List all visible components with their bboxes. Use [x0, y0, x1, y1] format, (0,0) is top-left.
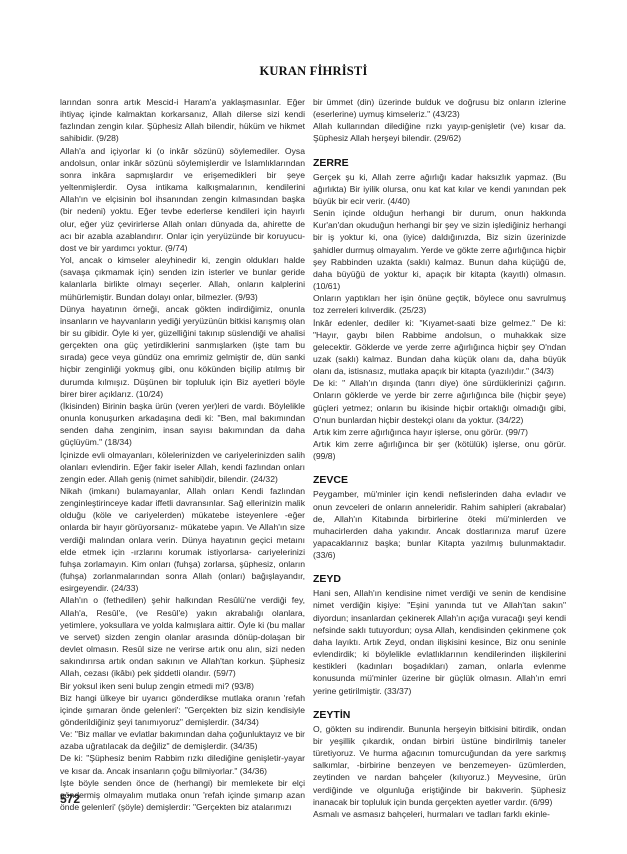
verse-paragraph: (İkisinden) Birinin başka ürün (veren ye…: [60, 400, 305, 449]
verse-paragraph: Dünya hayatının örneği, ancak gökten ind…: [60, 303, 305, 400]
index-section-zevce: ZEVCE Peygamber, mü'minler için kendi ne…: [313, 474, 566, 561]
right-column: bir ümmet (din) üzerinde bulduk ve doğru…: [313, 96, 566, 820]
section-heading: ZEVCE: [313, 474, 566, 487]
verse-paragraph: İnkâr edenler, dediler ki: "Kıyamet-saat…: [313, 317, 566, 378]
verse-paragraph: Biz hangi ülkeye bir uyarıcı gönderdikse…: [60, 692, 305, 728]
verse-paragraph: Artık kim zerre ağırlığınca bir şer (köt…: [313, 438, 566, 462]
index-section-zeytin: ZEYTİN O, gökten su indirendir. Bununla …: [313, 709, 566, 820]
verse-paragraph: larından sonra artık Mescid-i Haram'a ya…: [60, 96, 305, 145]
verse-paragraph: Allah'a and içiyorlar ki (o inkâr sözünü…: [60, 145, 305, 254]
left-column: larından sonra artık Mescid-i Haram'a ya…: [60, 96, 305, 813]
verse-paragraph: Allah'ın o (fethedilen) şehir halkından …: [60, 594, 305, 679]
index-section-zeyd: ZEYD Hani sen, Allah'ın kendisine nimet …: [313, 573, 566, 696]
verse-paragraph: De ki: " Allah'ın dışında (tanrı diye) ö…: [313, 377, 566, 426]
verse-paragraph: İşte böyle senden önce de (herhangi) bir…: [60, 777, 305, 813]
verse-paragraph: Bir yoksul iken seni bulup zengin etmedi…: [60, 680, 305, 692]
verse-paragraph: Artık kim zerre ağırlığınca hayır işlers…: [313, 426, 566, 438]
verse-paragraph: Hani sen, Allah'ın kendisine nimet verdi…: [313, 587, 566, 696]
verse-paragraph: İçinizde evli olmayanları, kölelerinizde…: [60, 449, 305, 485]
verse-paragraph: Asmalı ve asmasız bahçeleri, hurmaları v…: [313, 808, 566, 820]
section-heading: ZERRE: [313, 157, 566, 170]
page-title: KURAN FİHRİSTİ: [0, 64, 627, 79]
section-heading: ZEYTİN: [313, 709, 566, 722]
verse-paragraph: Onların yaptıkları her işin önüne geçtik…: [313, 292, 566, 316]
verse-paragraph: Gerçek şu ki, Allah zerre ağırlığı kadar…: [313, 171, 566, 207]
verse-paragraph: Nikah (imkanı) bulamayanlar, Allah onlar…: [60, 485, 305, 594]
verse-paragraph: Ve: "Biz mallar ve evlatlar bakımından d…: [60, 728, 305, 752]
verse-paragraph: Peygamber, mü'minler için kendi nefisler…: [313, 488, 566, 561]
page-number: 572: [60, 792, 80, 806]
verse-paragraph: O, gökten su indirendir. Bununla herşeyi…: [313, 723, 566, 808]
verse-paragraph: Senin içinde olduğun herhangi bir durum,…: [313, 207, 566, 292]
verse-paragraph: Allah kullarından dilediğine rızkı yayıp…: [313, 120, 566, 144]
index-section-zerre: ZERRE Gerçek şu ki, Allah zerre ağırlığı…: [313, 157, 566, 463]
verse-paragraph: De ki: "Şüphesiz benim Rabbim rızkı dile…: [60, 752, 305, 776]
verse-paragraph: bir ümmet (din) üzerinde bulduk ve doğru…: [313, 96, 566, 120]
section-heading: ZEYD: [313, 573, 566, 586]
verse-paragraph: Yol, ancak o kimseler aleyhinedir ki, ze…: [60, 254, 305, 303]
